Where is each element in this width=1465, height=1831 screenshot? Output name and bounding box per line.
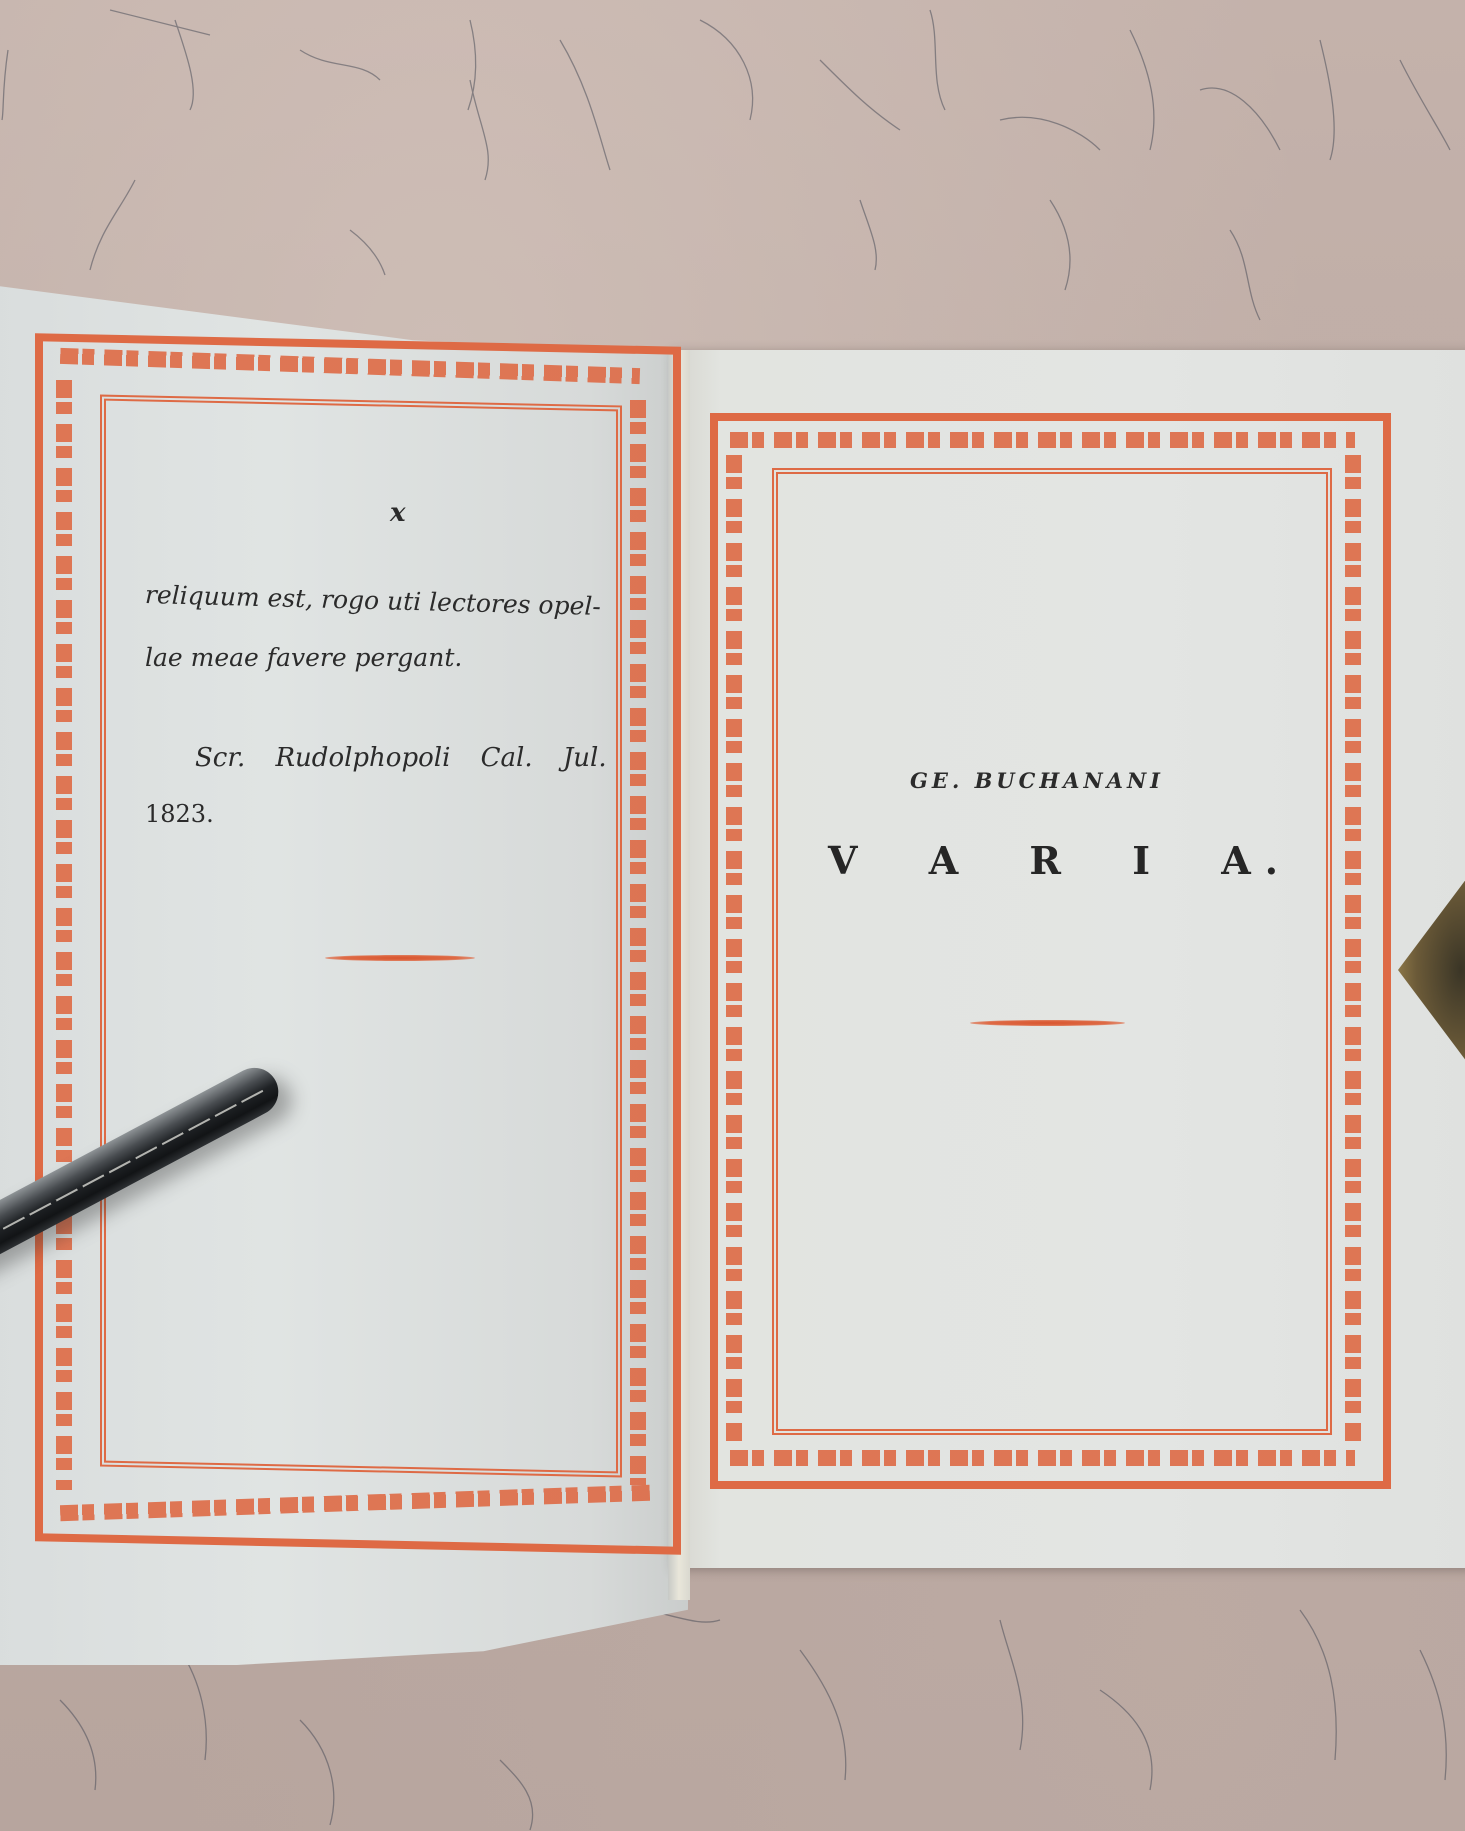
signature-line: Scr. Rudolphopoli Cal. Jul. (195, 743, 607, 773)
body-line-2: lae meae favere pergant. (145, 643, 462, 672)
left-inner-border (100, 395, 622, 1478)
right-inner-border (772, 468, 1332, 1435)
left-left-ornament-band (56, 380, 72, 1490)
book-title: V A R I A. (828, 838, 1292, 883)
right-top-ornament-band (730, 432, 1355, 448)
right-right-ornament-band (1345, 455, 1361, 1445)
year: 1823. (145, 800, 214, 828)
right-divider (970, 1020, 1125, 1026)
page-number: x (390, 498, 406, 528)
right-left-ornament-band (726, 455, 742, 1445)
left-right-ornament-band (630, 400, 646, 1485)
left-divider (325, 955, 475, 961)
author-name: GE. BUCHANANI (910, 768, 1164, 793)
right-bottom-ornament-band (730, 1450, 1355, 1466)
